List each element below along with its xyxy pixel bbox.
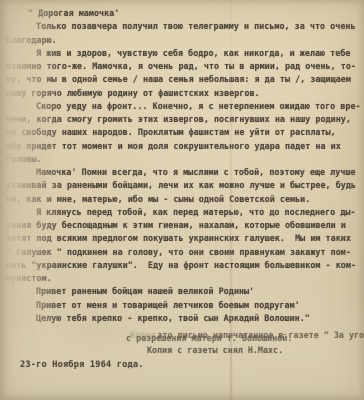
letter-line: Привет от меня и товарищей летчиков боев… xyxy=(6,299,364,312)
letter-line: взаимно того-же. Мамочка, я очень рад, ч… xyxy=(6,60,364,73)
letter-body: " Дорогая мамочка'Только позавчера получ… xyxy=(6,7,364,325)
letter-line: хания буду беспощадным к этим гиенам, на… xyxy=(6,219,364,232)
letter-line: Я жив и здоров, чувствую себя бодро, как… xyxy=(6,47,364,60)
archival-note-line-3: Копия с газеты снял Н.Махс. xyxy=(147,345,283,355)
letter-line: мени, когда смогу громить этих извергов,… xyxy=(6,113,364,126)
letter-line: " галушек " подкинем на голову, что они … xyxy=(6,246,364,259)
letter-line: ибо придет тот момент и моя доля сокруши… xyxy=(6,140,364,153)
letter-line: Только позавчера получил твою телеграмму… xyxy=(6,20,364,33)
letter-line: Я клянусь перед тобой, как перед матерью… xyxy=(6,206,364,219)
archival-note-line-2: с разрешения матери т. Волошиной. xyxy=(126,333,292,343)
date-line: 23-го Ноября 1964 года. xyxy=(20,360,144,370)
letter-line: Привет раненым бойцам нашей великой Роди… xyxy=(6,285,364,298)
letter-line: благодарю. xyxy=(6,34,364,47)
letter-line: нашу горячо любимую родину от фашистских… xyxy=(6,87,364,100)
letter-line: " Дорогая мамочка' xyxy=(6,7,364,20)
letter-line: му, что мы в одной семье / наша семья не… xyxy=(6,73,364,86)
letter-line: ухаживай за ранеными бойцами, лечи их ка… xyxy=(6,179,364,192)
letter-line: Скоро уеду на фронт... Конечно, я с нете… xyxy=(6,100,364,113)
letter-line: нить "украинские галушки". Еду на фронт … xyxy=(6,259,364,272)
letter-line: мунистом. xyxy=(6,272,364,285)
scanned-letter-page: " Дорогая мамочка'Только позавчера получ… xyxy=(0,0,364,400)
letter-line: головы. xyxy=(6,153,364,166)
letter-line: на свободу наших народов. Проклятым фаши… xyxy=(6,126,364,139)
letter-line: им, как и мне, матерью, ибо мы - сыны од… xyxy=(6,193,364,206)
letter-line: хотят под всяким предлогом покушать укра… xyxy=(6,232,364,245)
letter-line: Мамочка' Помни всегда, что я мыслями с т… xyxy=(6,166,364,179)
